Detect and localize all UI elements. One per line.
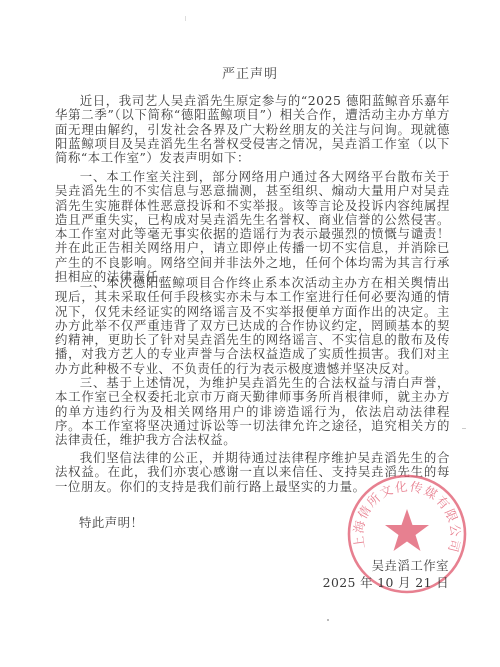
paragraph-section-2: 二、本次德阳蓝鲸项目合作终止系本次活动主办方在相关舆情出现后，其未采取任何手段核… [55,276,450,376]
scan-artifact [327,619,329,621]
document-page: 严正声明 近日，我司艺人吴垚滔先生原定参与的“2025 德阳蓝鲸音乐嘉年华第二季… [0,0,500,667]
scan-artifact [462,428,466,429]
scan-artifact [185,16,186,21]
closing-statement: 特此声明！ [79,513,143,531]
paragraph-section-3: 三、基于上述情况，为维护吴垚滔先生的合法权益与清白声誉，本工作室已全权委托北京市… [55,376,450,447]
star-icon [385,509,429,551]
document-title: 严正声明 [0,63,500,82]
paragraph-section-1: 一、本工作室关注到，部分网络用户通过各大网络平台散布关于吴垚滔先生的不实信息与恶… [55,170,450,284]
intro-paragraph: 近日，我司艺人吴垚滔先生原定参与的“2025 德阳蓝鲸音乐嘉年华第二季”（以下简… [55,94,450,165]
signature: 吴垚滔工作室 [372,556,449,574]
signature-date: 2025 年 10 月 21 日 [323,573,449,591]
